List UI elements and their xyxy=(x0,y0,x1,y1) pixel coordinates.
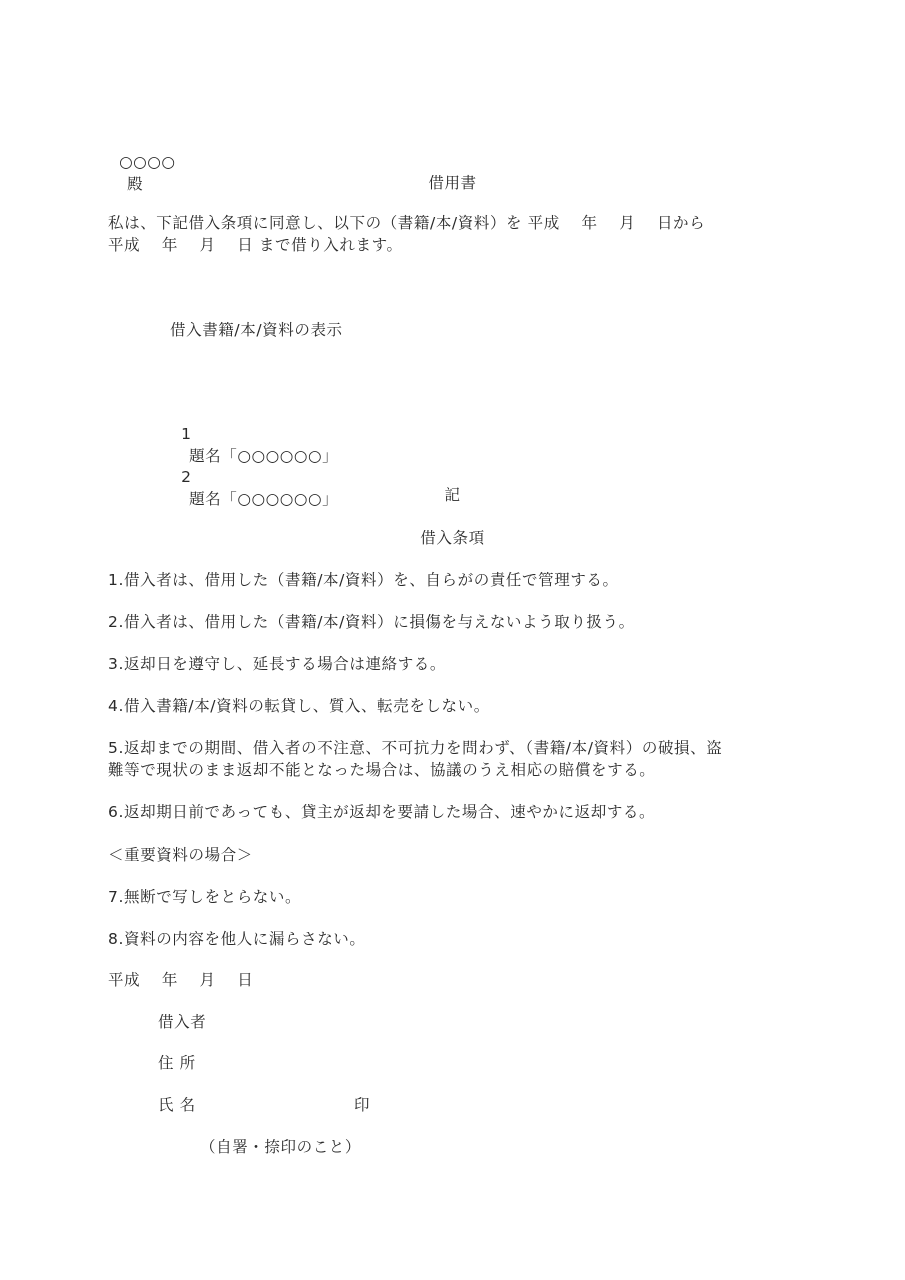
ki-marker: 記 xyxy=(0,484,905,506)
clause-7: 7.無断で写しをとらない。 xyxy=(108,886,301,908)
clause-2: 2.借入者は、借用した（書籍/本/資料）に損傷を与えないよう取り扱う。 xyxy=(108,611,635,633)
clause-5-continued: 難等で現状のまま返却不能となった場合は、協議のうえ相応の賠償をする。 xyxy=(108,759,655,781)
clause-4: 4.借入書籍/本/資料の転貸し、質入、転売をしない。 xyxy=(108,695,490,717)
item-number: 1 xyxy=(181,425,191,443)
name-label: 氏 名 xyxy=(158,1094,196,1116)
intro-line-2: 平成 年 月 日 まで借り入れます。 xyxy=(108,234,403,256)
clause-1: 1.借入者は、借用した（書籍/本/資料）を、自らがの責任で管理する。 xyxy=(108,569,619,591)
address-label: 住 所 xyxy=(158,1052,196,1074)
date-line: 平成 年 月 日 xyxy=(108,969,253,991)
intro-line-1: 私は、下記借入条項に同意し、以下の（書籍/本/資料）を 平成 年 月 日から xyxy=(108,212,705,234)
signature-note: （自署・捺印のこと） xyxy=(200,1136,361,1158)
addressee-name: ○○○○ xyxy=(119,153,176,171)
seal-label: 印 xyxy=(354,1094,370,1116)
clause-3: 3.返却日を遵守し、延長する場合は連絡する。 xyxy=(108,653,446,675)
clause-5: 5.返却までの期間、借入者の不注意、不可抗力を問わず、（書籍/本/資料）の破損、… xyxy=(108,737,722,759)
list-item: 1 題名「○○○○○○」 xyxy=(170,401,338,423)
document-title: 借用書 xyxy=(0,172,905,194)
borrower-label: 借入者 xyxy=(158,1011,206,1033)
important-heading: ＜重要資料の場合＞ xyxy=(108,844,253,866)
list-item: 2 題名「○○○○○○」 xyxy=(170,444,338,466)
terms-heading: 借入条項 xyxy=(0,527,905,549)
clause-6: 6.返却期日前であっても、貸主が返却を要請した場合、速やかに返却する。 xyxy=(108,801,655,823)
clause-8: 8.資料の内容を他人に漏らさない。 xyxy=(108,928,366,950)
items-heading: 借入書籍/本/資料の表示 xyxy=(170,319,343,341)
addressee: ○○○○ 殿 xyxy=(108,129,176,151)
